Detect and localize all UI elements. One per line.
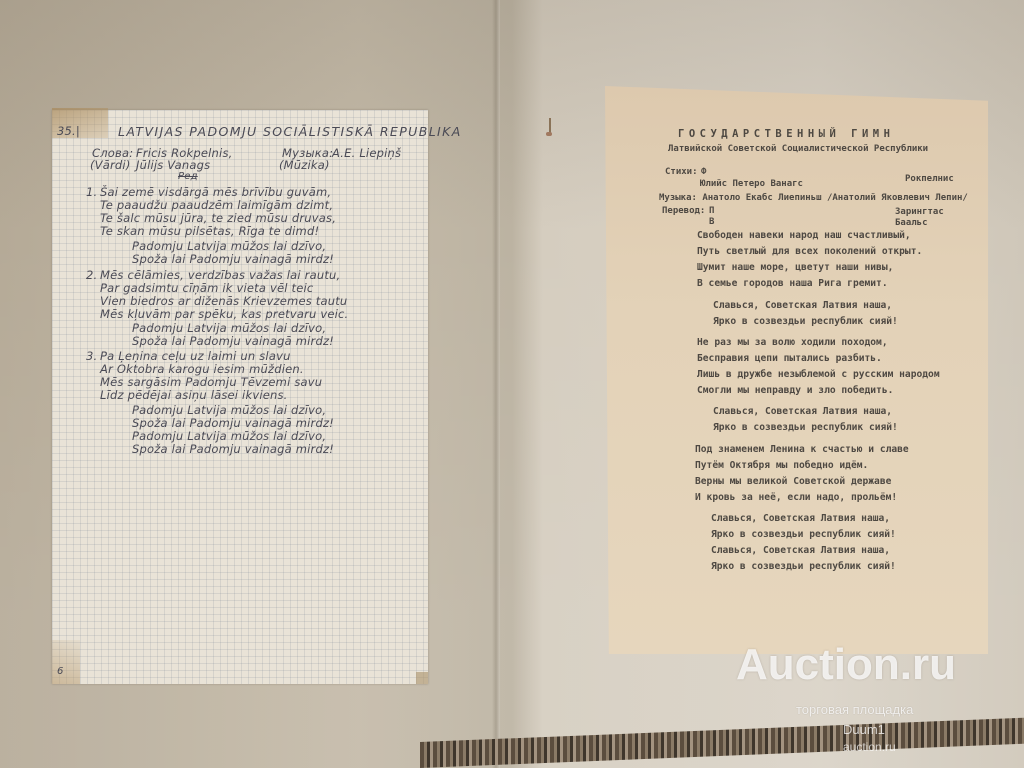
stanza-line: Верны мы великой Советской державе (695, 474, 891, 490)
chorus-line: Славься, Советская Латвия наша, (711, 511, 890, 527)
stanza-line: Лишь в дружбе незыблемой с русским народ… (697, 367, 940, 383)
verse-number: 3. (86, 350, 97, 363)
chorus-line: Ярко в созвездьи республик сияй! (713, 420, 898, 436)
anthem-title-russian: ГОСУДАРСТВЕННЫЙ ГИМН (678, 126, 894, 142)
carpet-edge (420, 718, 1024, 768)
lyrics-label: Стихи: (665, 164, 698, 180)
chorus-line: Ярко в созвездьи республик сияй! (711, 527, 896, 543)
chorus-line: Славься, Советская Латвия наша, (711, 543, 890, 559)
verse-number: 1. (86, 186, 97, 199)
refrain-line: Spoža lai Padomju vainagā mirdz! (132, 253, 334, 266)
watermark-brand: Auction.ru (736, 640, 956, 690)
stanza-line: Смогли мы неправду и зло победить. (697, 383, 893, 399)
verse-number: 2. (86, 269, 97, 282)
stanza-line: Свободен навеки народ наш счастливый, (697, 228, 911, 244)
stanza-line: Путь светлый для всех поколений открыт. (697, 244, 922, 260)
stanza-line: И кровь за неё, если надо, прольём! (695, 490, 897, 506)
anthem-subtitle: Латвийской Советской Социалистической Ре… (668, 141, 928, 157)
paper-clip-mark (549, 118, 551, 134)
watermark-tagline: торговая площадка (796, 702, 913, 717)
music-label-lv: (Mūzika) (279, 159, 330, 172)
chorus-line: Ярко в созвездьи республик сияй! (711, 559, 896, 575)
anthem-title-latvian: LATVIJAS PADOMJU SOCIĀLISTISKĀ REPUBLIKA (118, 125, 462, 138)
lyrics-author-right: Рокпелнис (905, 171, 954, 187)
music-author: A.E. Liepiņš (332, 147, 401, 160)
page-number: 35.| (57, 125, 80, 138)
translation-label: Перевод: (662, 203, 705, 219)
footer-mark: 6 (57, 665, 64, 678)
verse-line: Līdz pēdējai asiņu lāsei ikviens. (100, 389, 288, 402)
verse-line: Te skan mūsu pilsētas, Rīga te dimd! (100, 225, 319, 238)
words-label-lv: (Vārdi) (90, 159, 131, 172)
stanza-line: В семье городов наша Рига гремит. (697, 276, 888, 292)
stanza-line: Бесправия цепи пытались разбить. (697, 351, 882, 367)
stanza-line: Не раз мы за волю ходили походом, (697, 335, 888, 351)
refrain-line: Spoža lai Padomju vainagā mirdz! (132, 335, 334, 348)
refrain-line: Spoža lai Padomju vainagā mirdz! (132, 443, 334, 456)
watermark-site: auction.ru (843, 740, 896, 754)
chorus-line: Славься, Советская Латвия наша, (713, 298, 892, 314)
words-author-2: Jūlijs Vanags (136, 159, 210, 172)
verse-line: Mēs kļuvām par spēku, kas pretvaru veic. (100, 308, 348, 321)
album-fold (492, 0, 500, 768)
watermark-seller: Duum1 (843, 722, 885, 737)
stanza-line: Под знаменем Ленина к счастью и славе (695, 442, 909, 458)
tape-bottom-right (416, 672, 428, 684)
chorus-line: Славься, Советская Латвия наша, (713, 404, 892, 420)
stanza-line: Путём Октября мы победно идём. (695, 458, 868, 474)
words-author-struck: Ред (178, 170, 198, 183)
stanza-line: Шумит наше море, цветут наши нивы, (697, 260, 893, 276)
chorus-line: Ярко в созвездьи республик сияй! (713, 314, 898, 330)
